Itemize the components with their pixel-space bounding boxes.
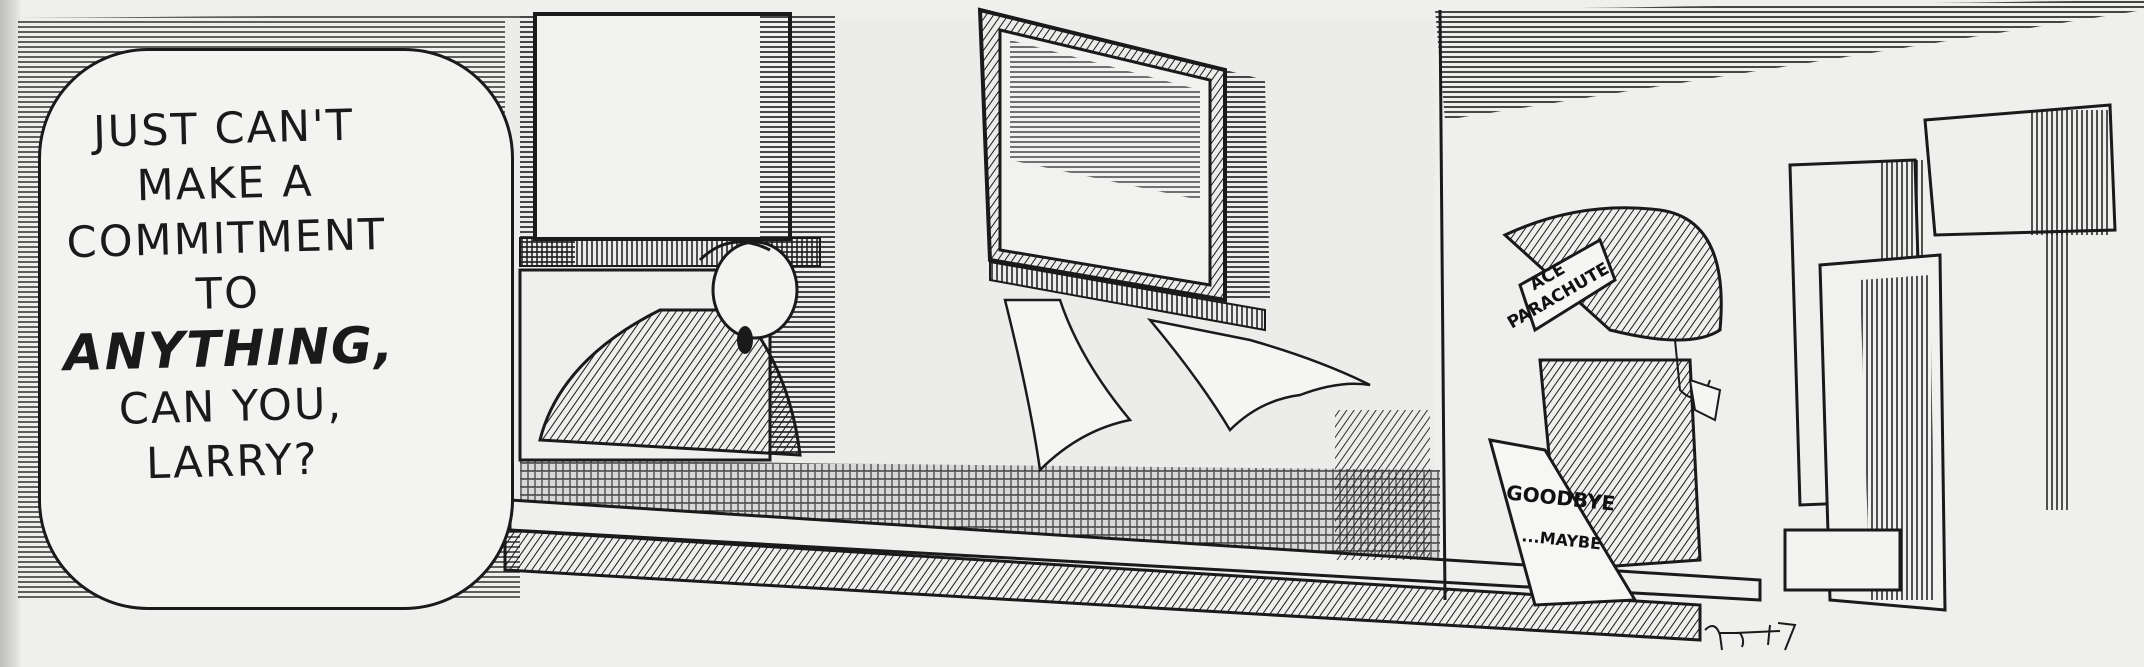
balloon-line: COMMITMENT — [56, 208, 397, 272]
artist-signature — [1700, 615, 1820, 655]
balloon-line: MAKE A — [54, 153, 395, 217]
balloon-word: TO — [195, 268, 260, 320]
balloon-line: CAN YOU, — [60, 376, 401, 440]
cartoon-page: ACE PARACHUTE GOODBYE ...MAYBE JUST CAN'… — [0, 0, 2144, 667]
balloon-line: JUST CAN'T — [53, 98, 394, 162]
city-buildings — [1785, 105, 2115, 610]
speech-balloon-text: JUST CAN'T MAKE A COMMITMENT TO ANYTHING… — [53, 98, 403, 495]
balloon-emphasis: ANYTHING, — [63, 316, 396, 383]
balloon-line: LARRY? — [62, 431, 403, 495]
balloon-line: TO ANYTHING, — [57, 263, 400, 385]
